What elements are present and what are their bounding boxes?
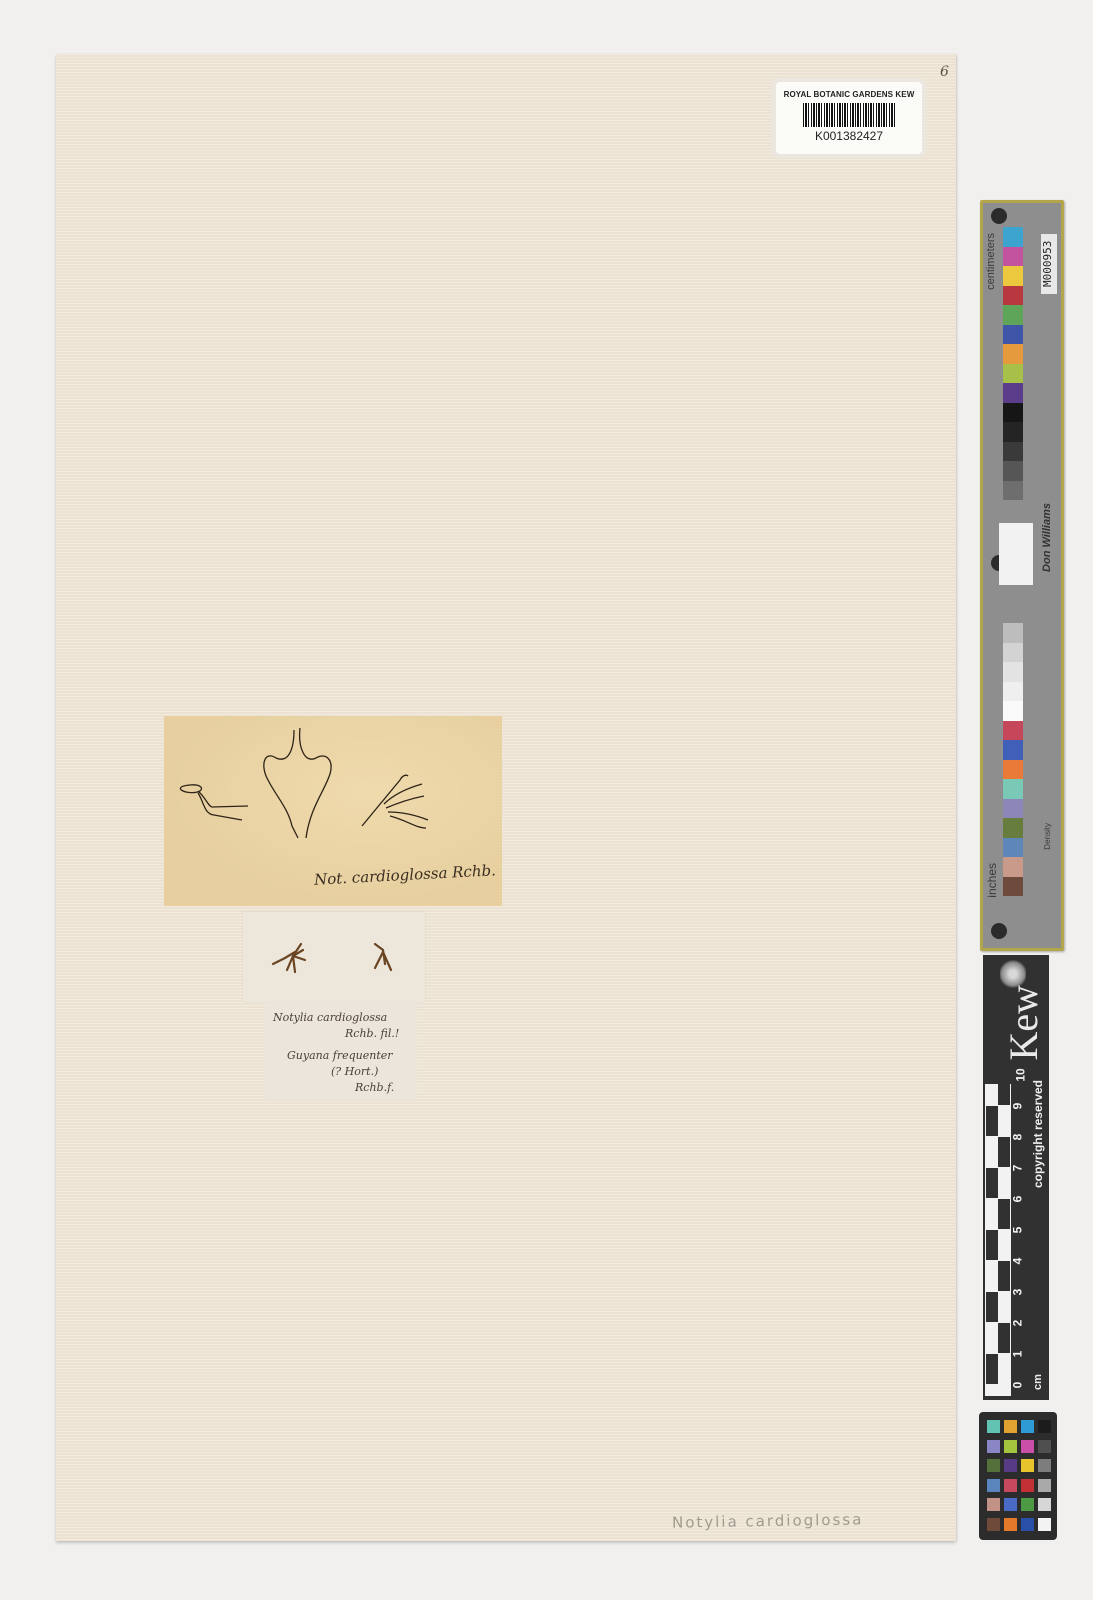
colour-target: centimeters inches Don Williams Density [980,200,1064,951]
barcode-label: ROYAL BOTANIC GARDENS KEW K001382427 [776,82,922,154]
checker-cell [987,1459,1000,1472]
ruler-block [986,1106,998,1136]
colour-patch [1003,721,1023,741]
checker-cell [1021,1420,1034,1433]
ruler-tick-label: 4 [1010,1258,1024,1265]
checker-cell [1004,1498,1017,1511]
flower-specimen-packet [243,912,425,1002]
colour-patch [1003,422,1023,442]
checker-cell [1038,1518,1051,1531]
colour-patch [1003,247,1023,267]
ruler-block [998,1261,1010,1291]
ruler-block [986,1230,998,1260]
ruler-tick-label: 0 [1010,1382,1024,1389]
colour-patch [1003,643,1023,663]
colour-checker [979,1412,1057,1540]
note-line-4: (? Hort.) [331,1065,378,1078]
colour-patch [1003,325,1023,345]
inches-label: inches [985,863,999,898]
colour-patch [1003,779,1023,799]
checker-cell [1038,1479,1051,1492]
checker-cell [987,1420,1000,1433]
colour-patch [1003,364,1023,384]
colour-patch [1003,442,1023,462]
ruler-numbers: 012345678910 [1014,1080,1028,1400]
corner-mark: 6 [940,64,949,80]
barcode-number: K001382427 [776,129,922,143]
colour-patch [1003,286,1023,306]
checker-cell [1021,1459,1034,1472]
ruler-tick-label: 6 [1010,1196,1024,1203]
ruler-block [986,1168,998,1198]
barcode-icon [803,103,895,127]
note-line-1: Notylia cardioglossa [273,1011,387,1024]
checker-cell [1038,1420,1051,1433]
ruler-tick-label: 8 [1010,1134,1024,1141]
checker-cell [1021,1440,1034,1453]
checker-cell [1021,1518,1034,1531]
checker-cell [1004,1440,1017,1453]
note-line-3: Guyana frequenter [287,1049,393,1062]
ruler-tick-label: 9 [1010,1103,1024,1110]
colour-patch [1003,682,1023,702]
colour-patch [1003,461,1023,481]
colour-patch [1003,481,1023,501]
sketch-label: Not. cardioglossa Rchb. [164,716,502,906]
colour-patch [1003,403,1023,423]
colour-patch [1003,305,1023,325]
checker-cell [1004,1420,1017,1433]
checker-cell [1038,1440,1051,1453]
colour-patch [1003,623,1023,643]
cm-unit-label: cm [1032,1374,1044,1390]
colour-patch [1003,227,1023,247]
brand-label: Don Williams [1041,503,1053,572]
ruler-block [998,1137,1010,1167]
ruler-tick-label: 5 [1010,1227,1024,1234]
colour-patch [1003,857,1023,877]
ruler-block [998,1199,1010,1229]
determination-label: Notylia cardioglossa [672,1510,864,1531]
density-label: Density [1043,823,1052,850]
checker-cell [1004,1479,1017,1492]
colour-patches-top [1003,227,1023,500]
colour-patch [1003,266,1023,286]
dried-flower-icon [243,912,425,1002]
ruler-tick-label: 2 [1010,1320,1024,1327]
ruler-block [998,1075,1010,1105]
colour-patch [1003,740,1023,760]
ruler-tick-label: 10 [1014,1068,1028,1081]
colour-patch [1003,760,1023,780]
colour-patch [1003,818,1023,838]
colour-patch [1003,799,1023,819]
checker-cell [987,1440,1000,1453]
kew-logo: Kew [1000,985,1047,1061]
copyright-text: copyright reserved [1031,1080,1045,1188]
colour-patch [1003,662,1023,682]
colour-patch [1003,877,1023,897]
handwritten-note: Notylia cardioglossa Rchb. fil.! Guyana … [265,1003,417,1099]
checker-cell [1038,1459,1051,1472]
ruler-block [998,1323,1010,1353]
ruler-tick-label: 7 [1010,1165,1024,1172]
target-dot-top [991,208,1007,224]
target-dot-bottom [991,923,1007,939]
colour-patches-bottom [1003,623,1023,896]
centimeters-label: centimeters [985,233,997,290]
institution-name: ROYAL BOTANIC GARDENS KEW [776,90,922,99]
note-line-5: Rchb.f. [355,1081,394,1094]
grey-scale-card [999,523,1033,585]
checker-cell [1021,1498,1034,1511]
ruler-tick-label: 3 [1010,1289,1024,1296]
checker-cell [987,1479,1000,1492]
target-code: M000953 [1041,234,1057,294]
colour-patch [1003,701,1023,721]
note-line-2: Rchb. fil.! [345,1027,399,1040]
checker-cell [1004,1459,1017,1472]
colour-patch [1003,344,1023,364]
checker-cell [1004,1518,1017,1531]
checker-cell [1021,1479,1034,1492]
ruler-block [986,1292,998,1322]
checker-cell [987,1498,1000,1511]
checker-cell [987,1518,1000,1531]
colour-patch [1003,383,1023,403]
checker-cell [1038,1498,1051,1511]
colour-patch [1003,838,1023,858]
ruler-block [986,1354,998,1384]
ruler-tick-label: 1 [1010,1351,1024,1358]
